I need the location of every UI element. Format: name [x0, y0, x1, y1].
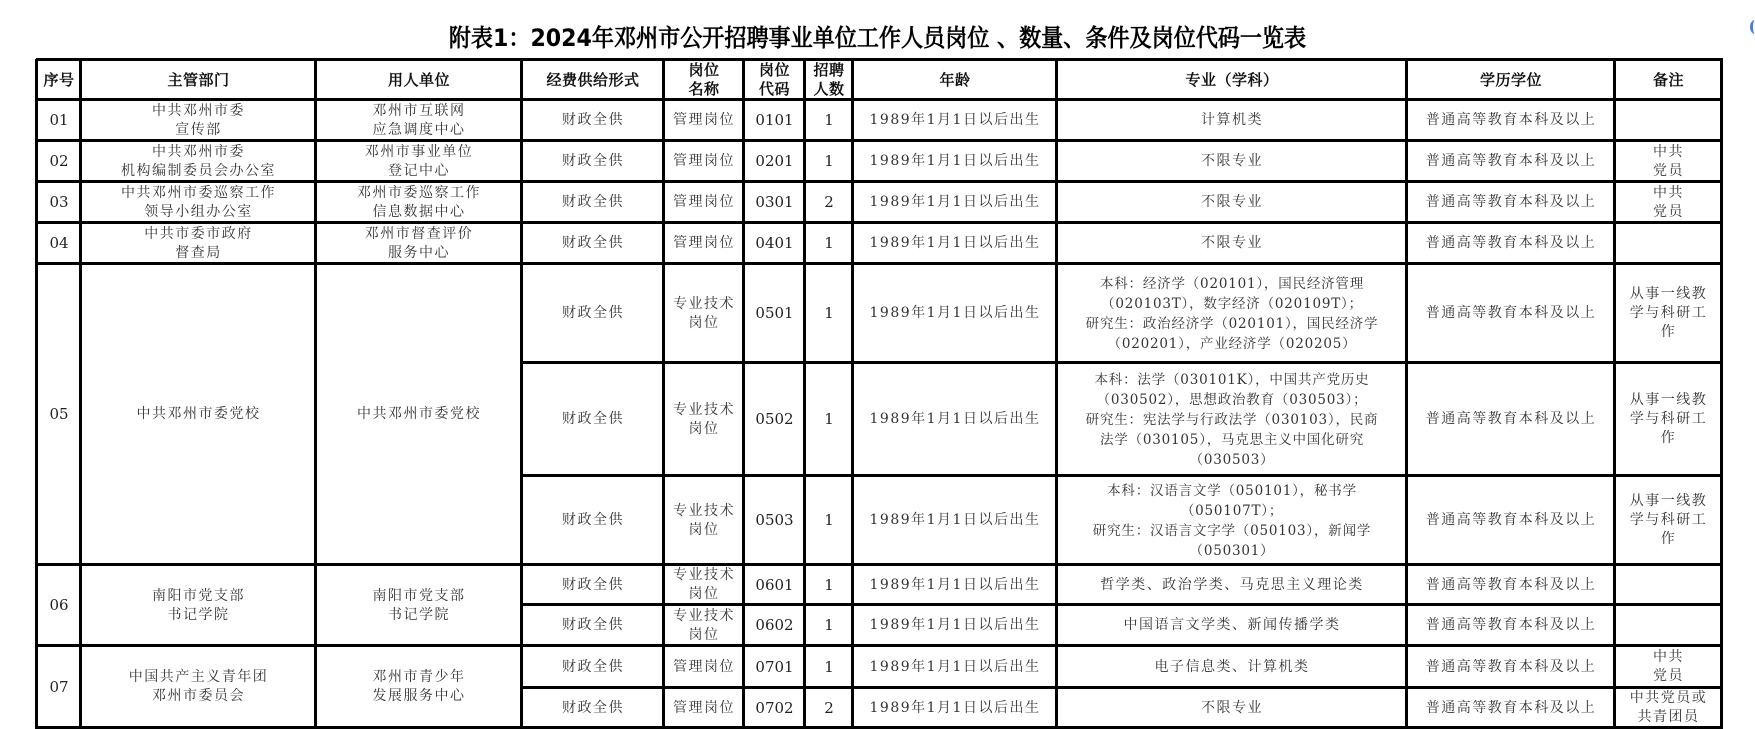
- cell-count: 1: [806, 101, 852, 140]
- seq-cell: 03: [38, 183, 80, 222]
- cell-edu: 普通高等教育本科及以上: [1408, 265, 1614, 362]
- cell-age: 1989年1月1日以后出生: [854, 647, 1056, 687]
- cell-post-code: 0301: [745, 183, 804, 222]
- header-age: 年龄: [854, 61, 1056, 99]
- header-major: 专业（学科）: [1058, 61, 1406, 99]
- cell-major: 不限专业: [1058, 224, 1406, 263]
- cell-age: 1989年1月1日以后出生: [854, 183, 1056, 222]
- grid-line-h: [36, 563, 1723, 566]
- header-edu: 学历学位: [1408, 61, 1614, 99]
- cell-count: 1: [806, 477, 852, 564]
- cell-count: 2: [806, 689, 852, 727]
- cell-note: 从事一线教 学与科研工 作: [1616, 265, 1721, 362]
- dept-cell: 南阳市党支部 书记学院: [82, 566, 315, 645]
- cell-edu: 普通高等教育本科及以上: [1408, 183, 1614, 222]
- grid-line-v: [851, 59, 854, 729]
- cell-post-code: 0503: [745, 477, 804, 564]
- cell-post-name: 专业技术 岗位: [665, 606, 743, 645]
- dept-cell: 中共邓州市委巡察工作 领导小组办公室: [82, 183, 315, 222]
- cell-count: 1: [806, 606, 852, 645]
- cell-funding: 财政全供: [523, 142, 663, 181]
- header-seq: 序号: [38, 61, 80, 99]
- cell-note: 中共 党员: [1616, 142, 1721, 181]
- cell-major: 不限专业: [1058, 142, 1406, 181]
- cell-major: 中国语言文学类、新闻传播学类: [1058, 606, 1406, 645]
- grid-line-h: [521, 603, 1723, 606]
- cell-edu: 普通高等教育本科及以上: [1408, 647, 1614, 687]
- cell-age: 1989年1月1日以后出生: [854, 142, 1056, 181]
- grid-line-v: [803, 59, 806, 729]
- seq-cell: 07: [38, 647, 80, 727]
- cell-note: [1616, 606, 1721, 645]
- cell-post-code: 0201: [745, 142, 804, 181]
- cell-note: [1616, 101, 1721, 140]
- header-count: 招聘 人数: [806, 61, 852, 99]
- grid-line-h: [36, 262, 1723, 265]
- cell-major: 不限专业: [1058, 689, 1406, 727]
- grid-line-h: [36, 221, 1723, 224]
- grid-line-h: [521, 361, 1723, 364]
- unit-cell: 邓州市督查评价 服务中心: [317, 224, 521, 263]
- cell-age: 1989年1月1日以后出生: [854, 689, 1056, 727]
- cell-note: 中共 党员: [1616, 647, 1721, 687]
- cell-count: 1: [806, 142, 852, 181]
- header-funding: 经费供给形式: [523, 61, 663, 99]
- cell-edu: 普通高等教育本科及以上: [1408, 142, 1614, 181]
- cell-edu: 普通高等教育本科及以上: [1408, 689, 1614, 727]
- grid-line-h: [521, 686, 1723, 689]
- cell-major: 哲学类、政治学类、马克思主义理论类: [1058, 566, 1406, 604]
- grid-line-v: [1613, 59, 1616, 729]
- cell-major: 电子信息类、计算机类: [1058, 647, 1406, 687]
- cell-note: 从事一线教 学与科研工 作: [1616, 477, 1721, 564]
- unit-cell: 中共邓州市委党校: [317, 265, 521, 564]
- cell-age: 1989年1月1日以后出生: [854, 606, 1056, 645]
- cell-funding: 财政全供: [523, 606, 663, 645]
- cell-note: [1616, 224, 1721, 263]
- cell-edu: 普通高等教育本科及以上: [1408, 364, 1614, 475]
- cell-note: 中共党员或 共青团员: [1616, 689, 1721, 727]
- cell-post-name: 管理岗位: [665, 183, 743, 222]
- cell-major: 不限专业: [1058, 183, 1406, 222]
- cell-funding: 财政全供: [523, 183, 663, 222]
- cell-post-code: 0501: [745, 265, 804, 362]
- cell-post-name: 专业技术 岗位: [665, 364, 743, 475]
- unit-cell: 邓州市事业单位 登记中心: [317, 142, 521, 181]
- cell-age: 1989年1月1日以后出生: [854, 566, 1056, 604]
- cell-age: 1989年1月1日以后出生: [854, 224, 1056, 263]
- header-post-code: 岗位 代码: [745, 61, 804, 99]
- cell-post-name: 专业技术 岗位: [665, 265, 743, 362]
- grid-line-h: [36, 180, 1723, 183]
- grid-line-v: [1055, 59, 1058, 729]
- cell-post-name: 管理岗位: [665, 142, 743, 181]
- cell-funding: 财政全供: [523, 477, 663, 564]
- cell-edu: 普通高等教育本科及以上: [1408, 606, 1614, 645]
- cell-funding: 财政全供: [523, 647, 663, 687]
- dept-cell: 中共邓州市委 机构编制委员会办公室: [82, 142, 315, 181]
- document-title: 附表1：2024年邓州市公开招聘事业单位工作人员岗位 、数量、条件及岗位代码一览…: [70, 22, 1685, 54]
- unit-cell: 邓州市互联网 应急调度中心: [317, 101, 521, 140]
- cell-funding: 财政全供: [523, 566, 663, 604]
- cell-edu: 普通高等教育本科及以上: [1408, 477, 1614, 564]
- cell-funding: 财政全供: [523, 224, 663, 263]
- cell-count: 2: [806, 183, 852, 222]
- seq-cell: 06: [38, 566, 80, 645]
- cell-post-name: 专业技术 岗位: [665, 566, 743, 604]
- cell-post-name: 管理岗位: [665, 647, 743, 687]
- cell-age: 1989年1月1日以后出生: [854, 101, 1056, 140]
- cell-post-code: 0502: [745, 364, 804, 475]
- grid-line-h: [36, 98, 1723, 101]
- dept-cell: 中国共产主义青年团 邓州市委员会: [82, 647, 315, 727]
- header-unit: 用人单位: [317, 61, 521, 99]
- cell-count: 1: [806, 224, 852, 263]
- cell-count: 1: [806, 566, 852, 604]
- cell-funding: 财政全供: [523, 364, 663, 475]
- grid-line-v: [1720, 59, 1723, 729]
- unit-cell: 邓州市青少年 发展服务中心: [317, 647, 521, 727]
- unit-cell: 南阳市党支部 书记学院: [317, 566, 521, 645]
- header-post-name: 岗位 名称: [665, 61, 743, 99]
- cell-edu: 普通高等教育本科及以上: [1408, 101, 1614, 140]
- cell-count: 1: [806, 265, 852, 362]
- cell-major: 本科：法学（030101K），中国共产党历史 （030502），思想政治教育（0…: [1058, 364, 1406, 475]
- cell-edu: 普通高等教育本科及以上: [1408, 566, 1614, 604]
- dept-cell: 中共邓州市委党校: [82, 265, 315, 564]
- grid-line-v: [1405, 59, 1408, 729]
- grid-line-h: [36, 139, 1723, 142]
- cell-post-code: 0701: [745, 647, 804, 687]
- seq-cell: 02: [38, 142, 80, 181]
- cell-post-name: 管理岗位: [665, 101, 743, 140]
- cell-funding: 财政全供: [523, 265, 663, 362]
- cell-major: 计算机类: [1058, 101, 1406, 140]
- cell-age: 1989年1月1日以后出生: [854, 477, 1056, 564]
- cell-post-name: 管理岗位: [665, 224, 743, 263]
- cell-funding: 财政全供: [523, 101, 663, 140]
- header-dept: 主管部门: [82, 61, 315, 99]
- cell-post-code: 0401: [745, 224, 804, 263]
- grid-line-v: [314, 59, 317, 729]
- cell-age: 1989年1月1日以后出生: [854, 265, 1056, 362]
- cell-funding: 财政全供: [523, 689, 663, 727]
- floating-widget-edge[interactable]: [1750, 20, 1755, 34]
- cell-major: 本科：经济学（020101），国民经济管理 （020103T），数字经济（020…: [1058, 265, 1406, 362]
- cell-note: 中共 党员: [1616, 183, 1721, 222]
- dept-cell: 中共邓州市委 宣传部: [82, 101, 315, 140]
- cell-post-name: 管理岗位: [665, 689, 743, 727]
- cell-note: 从事一线教 学与科研工 作: [1616, 364, 1721, 475]
- cell-post-name: 专业技术 岗位: [665, 477, 743, 564]
- seq-cell: 04: [38, 224, 80, 263]
- cell-post-code: 0101: [745, 101, 804, 140]
- cell-note: [1616, 566, 1721, 604]
- dept-cell: 中共市委市政府 督查局: [82, 224, 315, 263]
- grid-line-v: [662, 59, 665, 729]
- grid-line-h: [36, 58, 1723, 61]
- grid-line-v: [35, 59, 38, 729]
- grid-line-h: [521, 474, 1723, 477]
- cell-post-code: 0602: [745, 606, 804, 645]
- cell-age: 1989年1月1日以后出生: [854, 364, 1056, 475]
- cell-post-code: 0702: [745, 689, 804, 727]
- grid-line-v: [742, 59, 745, 729]
- grid-line-h: [36, 644, 1723, 647]
- cell-major: 本科：汉语言文学（050101），秘书学 （050107T）； 研究生：汉语言文…: [1058, 477, 1406, 564]
- cell-count: 1: [806, 647, 852, 687]
- seq-cell: 05: [38, 265, 80, 564]
- cell-count: 1: [806, 364, 852, 475]
- seq-cell: 01: [38, 101, 80, 140]
- grid-line-v: [520, 59, 523, 729]
- cell-edu: 普通高等教育本科及以上: [1408, 224, 1614, 263]
- grid-line-v: [79, 59, 82, 729]
- cell-post-code: 0601: [745, 566, 804, 604]
- unit-cell: 邓州市委巡察工作 信息数据中心: [317, 183, 521, 222]
- header-note: 备注: [1616, 61, 1721, 99]
